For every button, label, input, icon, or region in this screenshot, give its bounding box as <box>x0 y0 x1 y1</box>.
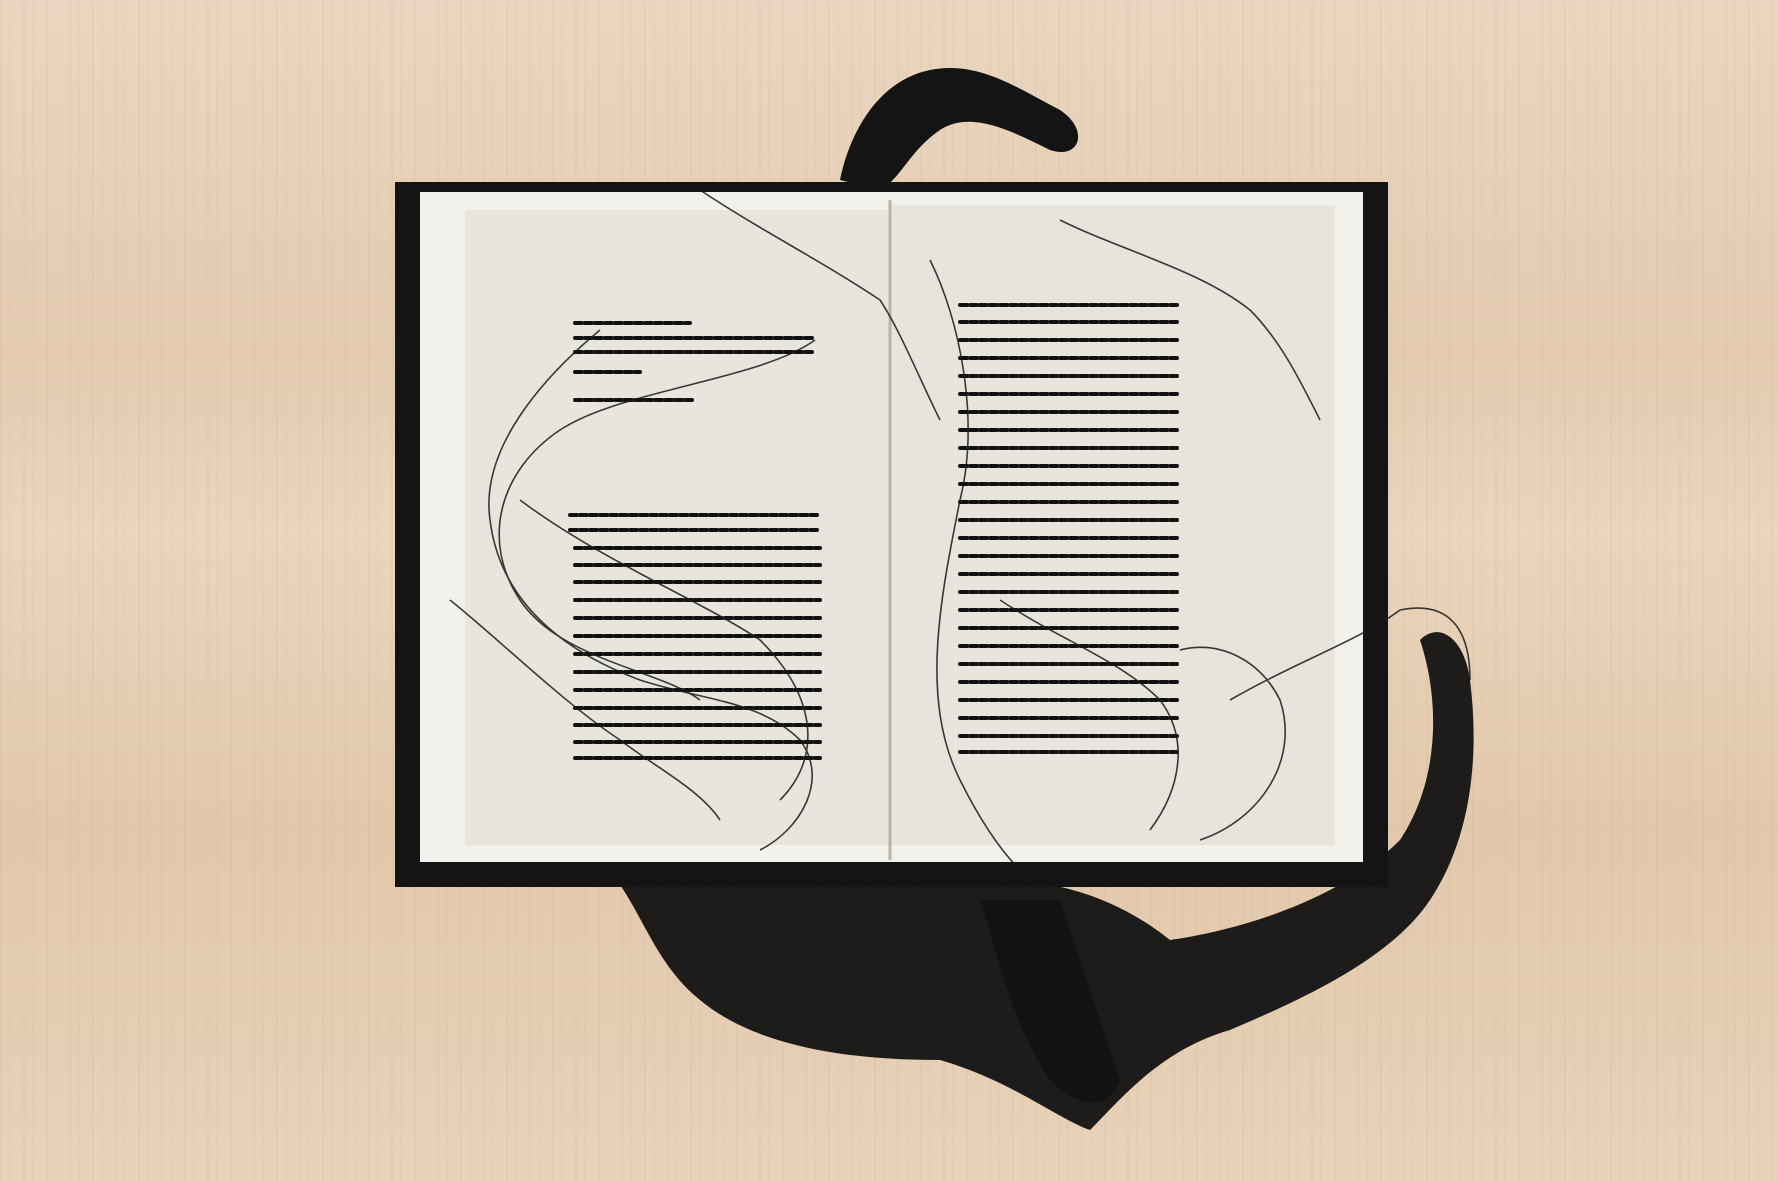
artwork-illustration <box>0 0 1778 1181</box>
left-page <box>465 210 890 845</box>
right-page <box>890 205 1335 845</box>
thread-tuft-top <box>840 68 1078 190</box>
photograph: Textile artist book with black thread st… <box>0 0 1778 1181</box>
